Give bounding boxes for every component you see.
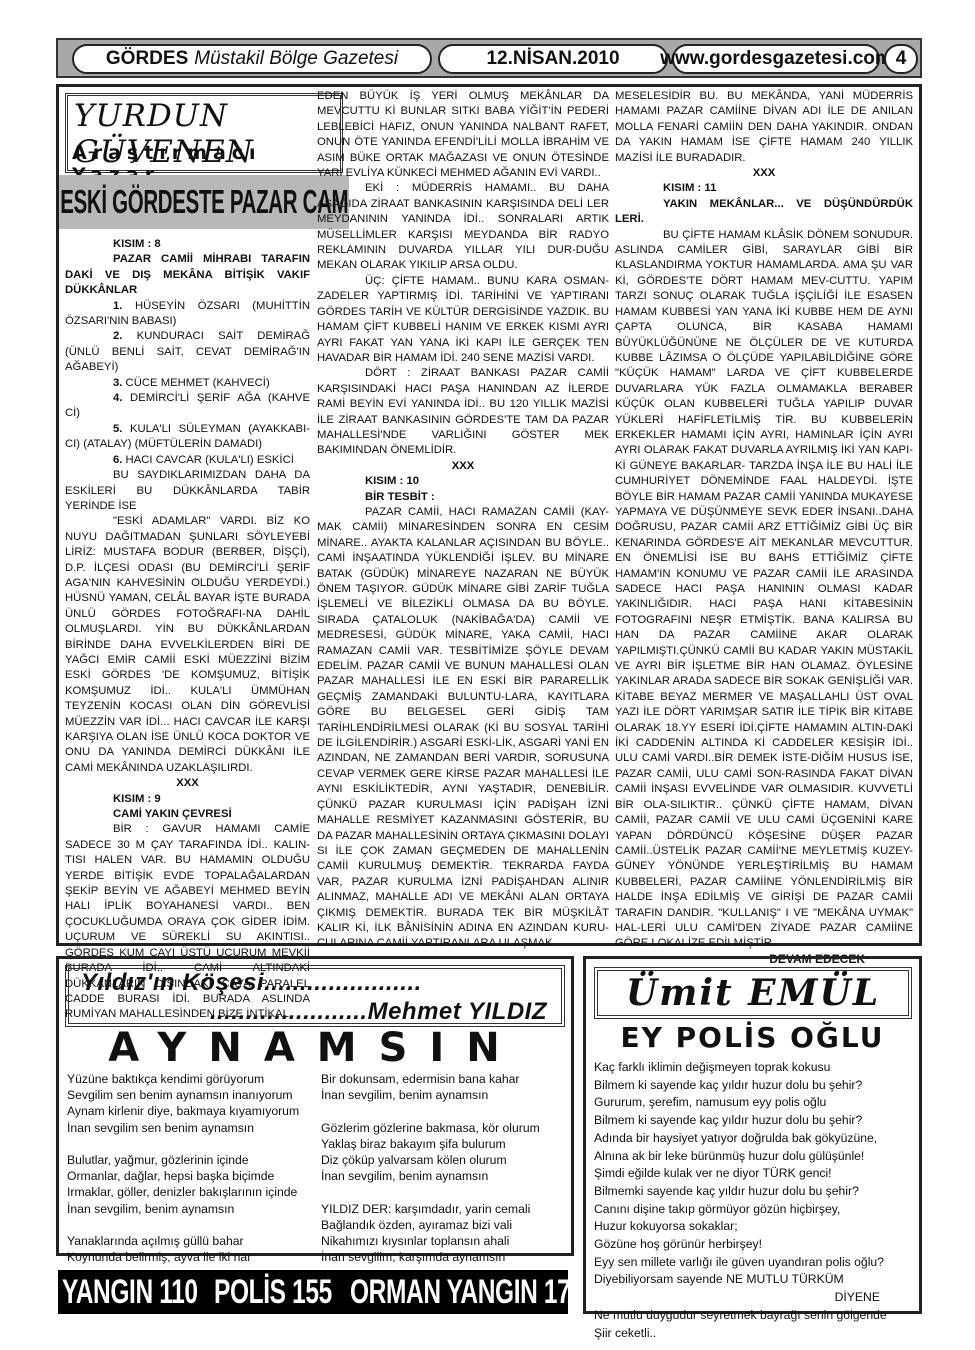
poem-line: İnan sevgilim, benim aynamsın xyxy=(321,1168,540,1184)
poem-line: İnan sevgilim, benim aynamsın xyxy=(321,1087,540,1103)
poem-line: Yaklaş biraz bakayım şifa bulurum xyxy=(321,1136,540,1152)
poem-line: Adında bir haysiyet yatıyor doğrulda bak… xyxy=(594,1130,914,1148)
paper-name: GÖRDES xyxy=(106,48,188,70)
paragraph: BU SAYDIKLARIMIZDAN DAHA DA ESKİLERİ BU … xyxy=(65,468,310,514)
poem-line: Bilmem ki sayende kaç yıldır huzur dolu … xyxy=(594,1077,914,1095)
article-column-3: MESELESİDİR BU. BU MEKÂNDA, YANİ MÜDERRİ… xyxy=(615,89,913,967)
column-name: Yıldız'ın Köşesi...................... xyxy=(81,969,422,997)
poem-line: YILDIZ DER: karşımdadır, yarin cemali xyxy=(321,1201,540,1217)
poem-line: Ne mutlu duygudur seyretmek bayrağı seni… xyxy=(594,1307,914,1325)
author-box: YURDUN GÜVENEN Araştırmacı Yazar xyxy=(65,93,343,173)
poem-line: Şiir ceketli.. xyxy=(594,1325,914,1343)
paragraph: 6. HACI CAVCAR (KULA'LI) ESKİCİ xyxy=(65,453,310,468)
paragraph: ÜÇ: ÇİFTE HAMAM.. BUNU KARA OSMAN-ZADELE… xyxy=(317,274,609,366)
paragraph: EDEN BÜYÜK İŞ YERİ OLMUŞ MEKÂNLAR DA MEV… xyxy=(317,89,609,181)
emergency-numbers-bar: YANGIN 110 POLİS 155 ORMAN YANGIN 177 xyxy=(58,1270,568,1314)
poem-title: AYNAMSIN xyxy=(59,1025,571,1071)
poem-left-stanzas: Yüzüne baktıkça kendimi görüyorumSevgili… xyxy=(67,1071,299,1265)
article-title: ESKİ GÖRDESTE PAZAR CAMİİ (4. Bölüm) xyxy=(59,183,349,221)
poem-line: Yüzüne baktıkça kendimi görüyorum xyxy=(67,1071,299,1087)
paragraph: PAZAR CAMİİ, HACI RAMAZAN CAMİİ (KAY-MAK… xyxy=(317,505,609,952)
poem-line: Aynam kirlenir diye, bakmaya kıyamıyorum xyxy=(67,1103,299,1119)
poem-line: Koynunda belirmiş, ayva ile iki nar xyxy=(67,1249,299,1265)
poem-line: Irmaklar, göller, denizler bakışlarının … xyxy=(67,1184,299,1200)
paragraph: 3. CÜCE MEHMET (KAHVECİ) xyxy=(65,376,310,391)
poem-line: Yanaklarında açılmış güllü bahar xyxy=(67,1233,299,1249)
section-heading: CAMİ YAKIN ÇEVRESİ xyxy=(65,807,310,822)
section-divider: XXX xyxy=(317,459,609,474)
section-heading: KISIM : 11 xyxy=(615,181,913,196)
paper-subtitle: Müstakil Bölge Gazetesi xyxy=(194,48,398,70)
poem-2-body: Kaç farklı iklimin değişmeyen toprak kok… xyxy=(594,1059,914,1342)
poem-box-ey-polis-oglu: Ümit EMÜL EY POLİS OĞLU Kaç farklı iklim… xyxy=(583,956,922,1314)
article-column-2: EDEN BÜYÜK İŞ YERİ OLMUŞ MEKÂNLAR DA MEV… xyxy=(317,89,609,952)
poem-box-aynamsin: Yıldız'ın Köşesi...................... .… xyxy=(56,956,574,1256)
paper-name-pill: GÖRDES Müstakil Bölge Gazetesi xyxy=(72,44,432,74)
paragraph: BU ÇİFTE HAMAM KLÂSİK DÖNEM SONUDUR. ASL… xyxy=(615,228,913,952)
poem-line: Gururum, şerefim, namusum eyy polis oğlu xyxy=(594,1094,914,1112)
poem-line: Sevgilim sen benim aynamsın inanıyorum xyxy=(67,1087,299,1103)
poem-line: Ormanlar, dağlar, hepsi başka biçimde xyxy=(67,1168,299,1184)
poem-line: Alnına ak bir leke bürünmüş huzur dolu g… xyxy=(594,1148,914,1166)
paragraph: "ESKİ ADAMLAR" VARDI. BİZ KO NUYU DAĞITM… xyxy=(65,514,310,776)
section-subheading: PAZAR CAMİİ MİHRABI TARAFIN DAKİ VE DIŞ … xyxy=(65,252,310,298)
section-heading: KISIM : 8 xyxy=(65,237,310,252)
paragraph: 1. HÜSEYİN ÖZSARI (MUHİTTİN ÖZSARI'NIN B… xyxy=(65,299,310,330)
fire-number: YANGIN 110 xyxy=(62,1273,198,1312)
police-number: POLİS 155 xyxy=(214,1273,332,1312)
section-heading: KISIM : 10 xyxy=(317,474,609,489)
poem-line: Bulutlar, yağmur, gözlerinin içinde xyxy=(67,1152,299,1168)
forest-fire-number: ORMAN YANGIN 177 xyxy=(350,1273,568,1312)
poem-line: DİYENE xyxy=(594,1289,914,1307)
article-column-1: KISIM : 8PAZAR CAMİİ MİHRABI TARAFIN DAK… xyxy=(65,237,310,1023)
poem-line xyxy=(321,1103,540,1119)
poem-line: Bir dokunsam, edermisin bana kahar xyxy=(321,1071,540,1087)
poem-line: Canını dişine takıp görmüyor gözün hiçbi… xyxy=(594,1201,914,1219)
poem-title-2: EY POLİS OĞLU xyxy=(586,1021,919,1054)
poem-line: Eyy sen millete varlığı ile güven uyandı… xyxy=(594,1254,914,1272)
poem-line: Şimdi eğilde kulak ver ne diyor TÜRK gen… xyxy=(594,1165,914,1183)
column-header: Yıldız'ın Köşesi...................... .… xyxy=(65,965,565,1027)
main-article: YURDUN GÜVENEN Araştırmacı Yazar ESKİ GÖ… xyxy=(56,84,922,946)
paragraph: EKİ : MÜDERRİS HAMAMI.. BU DAHA AŞAĞIDA … xyxy=(317,181,609,273)
article-title-bar: ESKİ GÖRDESTE PAZAR CAMİİ (4. Bölüm) xyxy=(59,175,349,229)
poem-line xyxy=(67,1217,299,1233)
section-heading: BİR TESBİT : xyxy=(317,490,609,505)
poem-line: İnan sevgilim sen benim aynamsın xyxy=(67,1120,299,1136)
website-link[interactable]: www.gordesgazetesi.com xyxy=(672,44,880,74)
poem-line: Gözlerim gözlerine bakmasa, kör olurum xyxy=(321,1120,540,1136)
paragraph: 5. KULA'LI SÜLEYMAN (AYAKKABI-CI) (ATALA… xyxy=(65,422,310,453)
poem-line: Huzur kokuyorsa sokaklar; xyxy=(594,1218,914,1236)
poem-line: Bilmem ki sayende kaç yıldır huzur dolu … xyxy=(594,1112,914,1130)
paragraph: MESELESİDİR BU. BU MEKÂNDA, YANİ MÜDERRİ… xyxy=(615,89,913,166)
poem-line: Diyebiliyorsam sayende NE MUTLU TÜRKÜM xyxy=(594,1271,914,1289)
poem-line: Bağlandık özden, ayıramaz bizi vali xyxy=(321,1217,540,1233)
poem-line: İnan sevgilim, benim aynamsın xyxy=(67,1201,299,1217)
section-heading: KISIM : 9 xyxy=(65,792,310,807)
poet-name: Ümit EMÜL xyxy=(594,967,912,1019)
poem-line: Diz çöküp yalvarsam kölen olurum xyxy=(321,1152,540,1168)
poem-line: İnan sevgilim, karşımda aynamsın xyxy=(321,1249,540,1265)
poem-line: Kaç farklı iklimin değişmeyen toprak kok… xyxy=(594,1059,914,1077)
section-divider: XXX xyxy=(615,166,913,181)
poem-line: Bilmemki sayende kaç yıldır huzur dolu b… xyxy=(594,1183,914,1201)
section-divider: XXX xyxy=(65,776,310,791)
issue-date: 12.NİSAN.2010 xyxy=(438,44,668,74)
poem-line xyxy=(67,1136,299,1152)
column-author: ......................Mehmet YILDIZ xyxy=(210,998,547,1026)
poem-line xyxy=(321,1184,540,1200)
poem-line: Nikahımızı kıysınlar toplansın ahali xyxy=(321,1233,540,1249)
section-subheading: YAKIN MEKÂNLAR... VE DÜŞÜNDÜRDÜK LERİ. xyxy=(615,197,913,228)
paragraph: 4. DEMİRCİ'Lİ ŞERİF AĞA (KAHVE Cİ) xyxy=(65,391,310,422)
masthead: GÖRDES Müstakil Bölge Gazetesi 12.NİSAN.… xyxy=(56,38,922,78)
poem-right-stanzas: Bir dokunsam, edermisin bana kaharİnan s… xyxy=(321,1071,540,1265)
paragraph: DÖRT : ZİRAAT BANKASI PAZAR CAMİİ KARŞIS… xyxy=(317,366,609,458)
paragraph: 2. KUNDURACI SAİT DEMİRAĞ (ÜNLÜ BENLİ SA… xyxy=(65,329,310,375)
page-number: 4 xyxy=(884,44,918,74)
poem-line: Gözüne hoş görünür herbirşey! xyxy=(594,1236,914,1254)
